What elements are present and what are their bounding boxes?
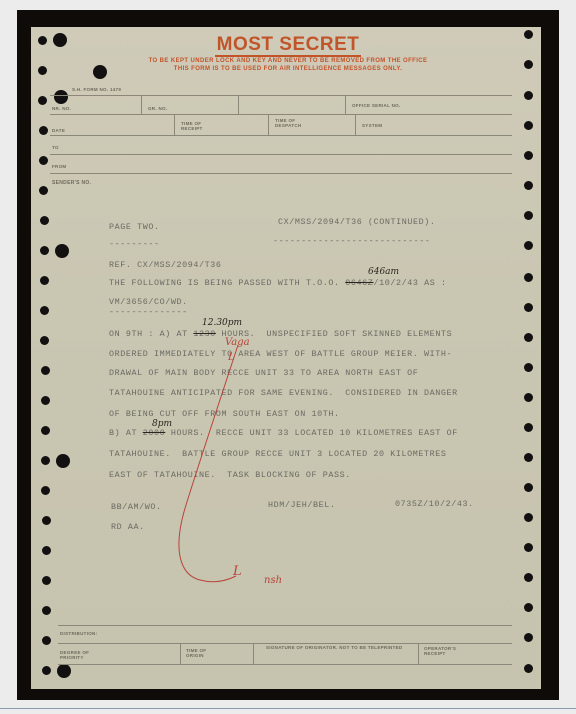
form-divider [174,115,175,135]
sign-off-middle: HDM/JEH/BEL. [268,500,336,510]
perforation-hole [524,273,533,282]
form-rule [58,625,512,626]
classification-title: MOST SECRET [0,34,576,56]
perforation-hole [54,90,68,104]
perforation-hole [41,396,50,405]
handwritten-initial: L [233,564,242,579]
form-divider [180,643,181,664]
perforation-hole [524,423,533,432]
signature-of-originator-label: SIGNATURE OF ORIGINATOR. NOT TO BE TELEP… [266,646,402,651]
form-divider [253,643,254,664]
perforation-hole [41,486,50,495]
perforation-hole [39,126,48,135]
handwritten-initials: nsh [264,575,282,586]
perforation-hole [42,666,51,675]
perforation-hole [524,633,533,642]
perforation-hole [40,306,49,315]
vm-reference-line: VM/3656/CO/WD. [109,297,188,307]
form-rule [50,135,512,136]
perforation-hole [39,186,48,195]
perforation-hole [40,246,49,255]
perforation-hole [39,156,48,165]
form-rule [50,95,512,96]
form-divider [418,643,419,664]
perforation-hole [38,96,47,105]
sign-off-footer: RD AA. [111,522,145,532]
from-label: FROM [52,165,66,170]
page-label: PAGE TWO. [109,222,160,232]
passed-with-line: THE FOLLOWING IS BEING PASSED WITH T.O.O… [109,278,447,288]
perforation-hole [42,636,51,645]
senders-no-label: SENDER'S No. [52,181,91,187]
handwritten-time-correction: 12.30pm [202,318,242,328]
form-rule [50,154,512,155]
perforation-hole [524,603,533,612]
page-label-underline: --------- [109,239,160,249]
form-rule [58,664,512,665]
classification-warning: TO BE KEPT UNDER LOCK AND KEY AND NEVER … [0,58,576,64]
perforation-hole [524,483,533,492]
body-line: TATAHOUINE ANTICIPATED FOR SAME EVENING.… [109,388,458,398]
perforation-hole [40,216,49,225]
perforation-hole [524,303,533,312]
perforation-hole [55,244,69,258]
body-line: ORDERED IMMEDIATELY TO AREA WEST OF BATT… [109,349,452,359]
handwritten-note: L [228,352,235,363]
form-rule [50,173,512,174]
perforation-hole [524,241,533,250]
perforation-hole [42,546,51,555]
body-line: EAST OF TATAHOUINE. TASK BLOCKING OF PAS… [109,470,351,480]
body-line-b: B) AT 2000 HOURS. RECCE UNIT 33 LOCATED … [109,428,458,438]
office-serial-label: OFFICE SERIAL No. [352,104,401,109]
perforation-hole [40,336,49,345]
perforation-hole [524,121,533,130]
form-divider [141,96,142,114]
perforation-hole [524,543,533,552]
sign-off-left: BB/AM/WO. [111,502,162,512]
body-line: DRAWAL OF MAIN BODY RECCE UNIT 33 TO ARE… [109,368,418,378]
gr-no-label: GR. No. [148,107,167,112]
degree-of-priority-label: DEGREE OFPRIORITY [60,651,89,661]
body-line: OF BEING CUT OFF FROM SOUTH EAST ON 10TH… [109,409,340,419]
nr-no-label: NR. No. [52,107,71,112]
perforation-hole [41,456,50,465]
perforation-hole [524,664,533,673]
perforation-hole [41,426,50,435]
distribution-label: DISTRIBUTION: [60,632,97,637]
form-usage-note: THIS FORM IS TO BE USED FOR AIR INTELLIG… [0,66,576,72]
to-label: TO [52,146,59,151]
form-rule [58,643,512,644]
reference-line: REF. CX/MSS/2094/T36 [109,260,222,270]
perforation-hole [42,516,51,525]
vm-reference-underline: -------------- [109,307,188,317]
perforation-hole [524,181,533,190]
form-rule [50,114,512,115]
handwritten-time-correction: 8pm [152,419,172,429]
body-line: TATAHOUINE. BATTLE GROUP RECCE UNIT 3 LO… [109,449,447,459]
perforation-hole [524,151,533,160]
perforation-hole [42,576,51,585]
form-divider [268,115,269,135]
handwritten-time-correction: 646am [368,267,399,277]
body-line-a: ON 9TH : A) AT 1230 HOURS. UNSPECIFIED S… [109,329,452,339]
perforation-hole [41,366,50,375]
perforation-hole [57,664,71,678]
perforation-hole [56,454,70,468]
form-divider [355,115,356,135]
perforation-hole [524,333,533,342]
perforation-hole [524,513,533,522]
message-reference: CX/MSS/2094/T36 (CONTINUED). [278,217,436,227]
time-of-despatch-label: TIME OFDESPATCH [275,119,301,129]
perforation-hole [524,91,533,100]
handwritten-note: Vaga [225,337,250,348]
perforation-hole [524,363,533,372]
sign-off-timestamp: 0735Z/10/2/43. [395,499,474,509]
form-number: S.H. FORM No. 1479 [72,88,121,93]
message-reference-underline: ---------------------------- [273,236,431,246]
time-of-receipt-label: TIME OFRECEIPT [181,122,203,132]
struck-time: 2000 [143,428,166,438]
struck-time: 1230 [193,329,216,339]
operators-receipt-label: OPERATOR'SRECEIPT [424,647,456,657]
form-divider [238,96,239,114]
perforation-hole [524,211,533,220]
perforation-hole [524,453,533,462]
perforation-hole [42,606,51,615]
form-divider [345,96,346,114]
viewer-bottom-rule [0,708,576,709]
perforation-hole [524,393,533,402]
system-label: SYSTEM [362,124,382,129]
struck-time: 0646Z [345,278,373,288]
perforation-hole [524,573,533,582]
perforation-hole [40,276,49,285]
time-of-origin-label: TIME OFORIGIN [186,649,206,659]
date-label: DATE [52,129,65,134]
